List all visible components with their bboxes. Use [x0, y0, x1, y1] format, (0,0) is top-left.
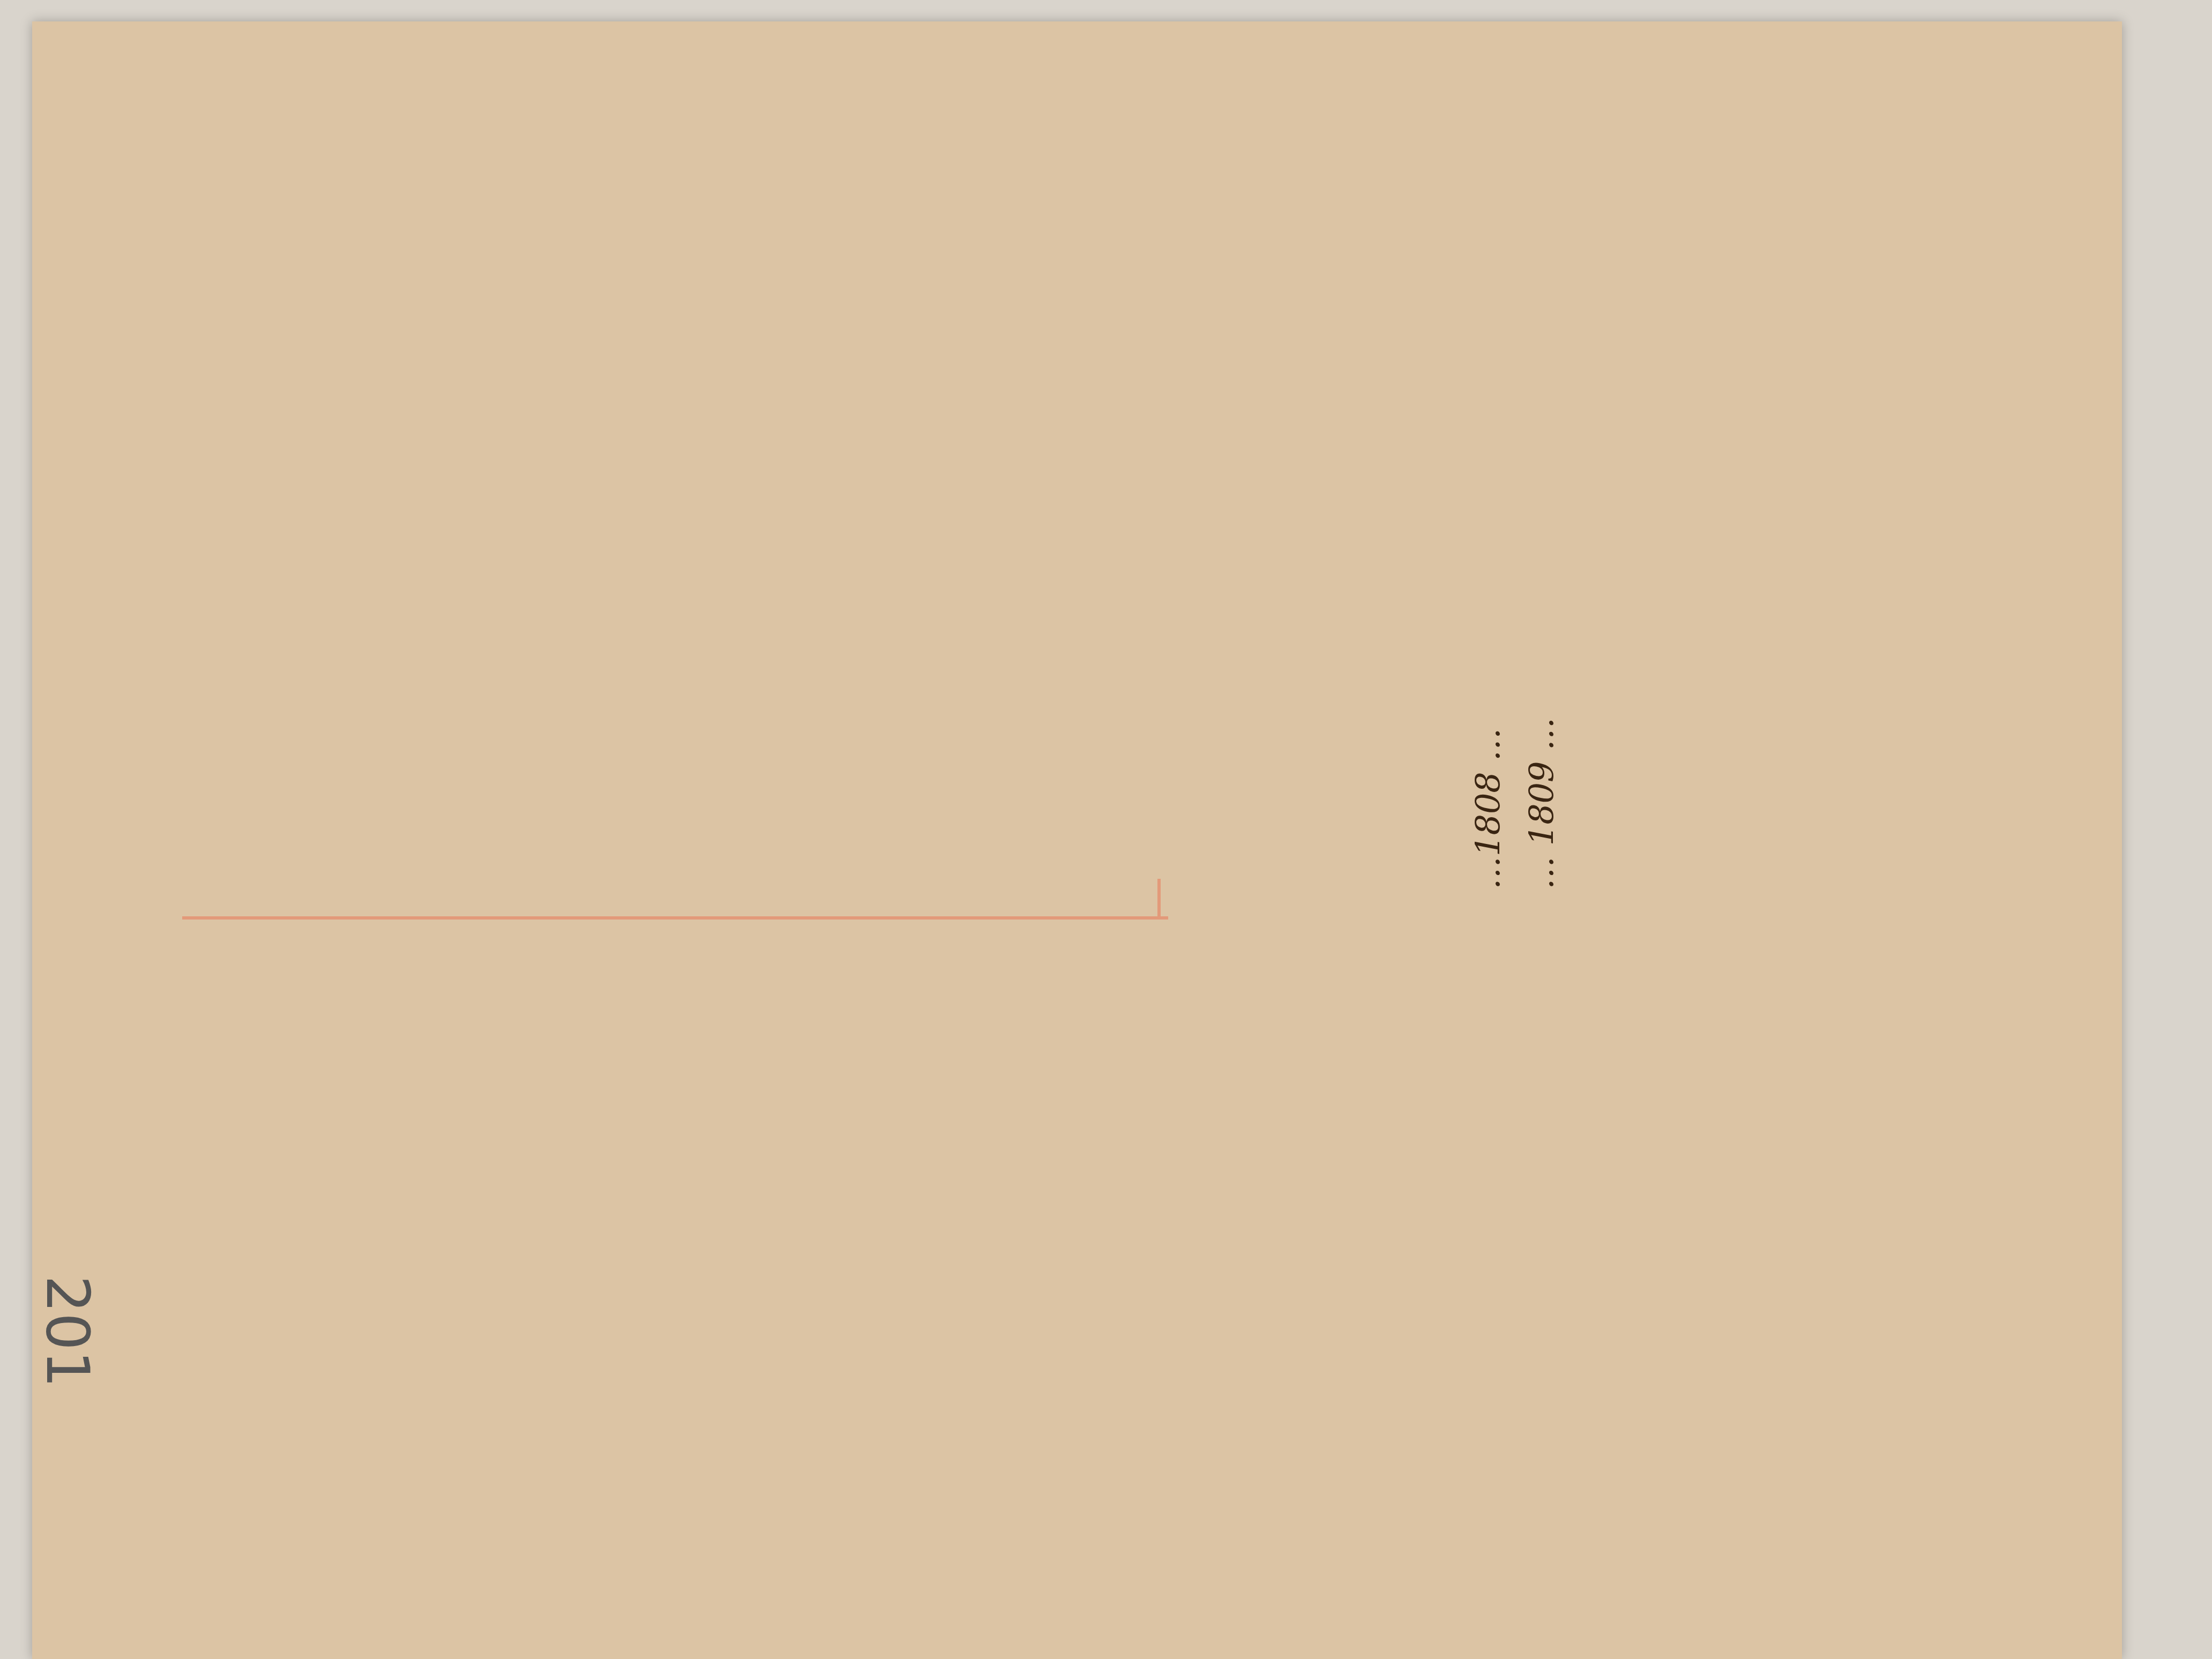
red-pencil-mark-tick [1157, 879, 1161, 920]
manuscript-page: 201 …1808 … … 1809 … [32, 21, 2122, 1659]
handwritten-text-block: …1808 … … 1809 … [171, 54, 2047, 938]
text-line: … 1809 … [1522, 718, 1554, 890]
red-pencil-mark [182, 916, 1168, 920]
page-number: 201 [33, 1275, 102, 1388]
text-line: …1808 … [1468, 728, 1500, 890]
